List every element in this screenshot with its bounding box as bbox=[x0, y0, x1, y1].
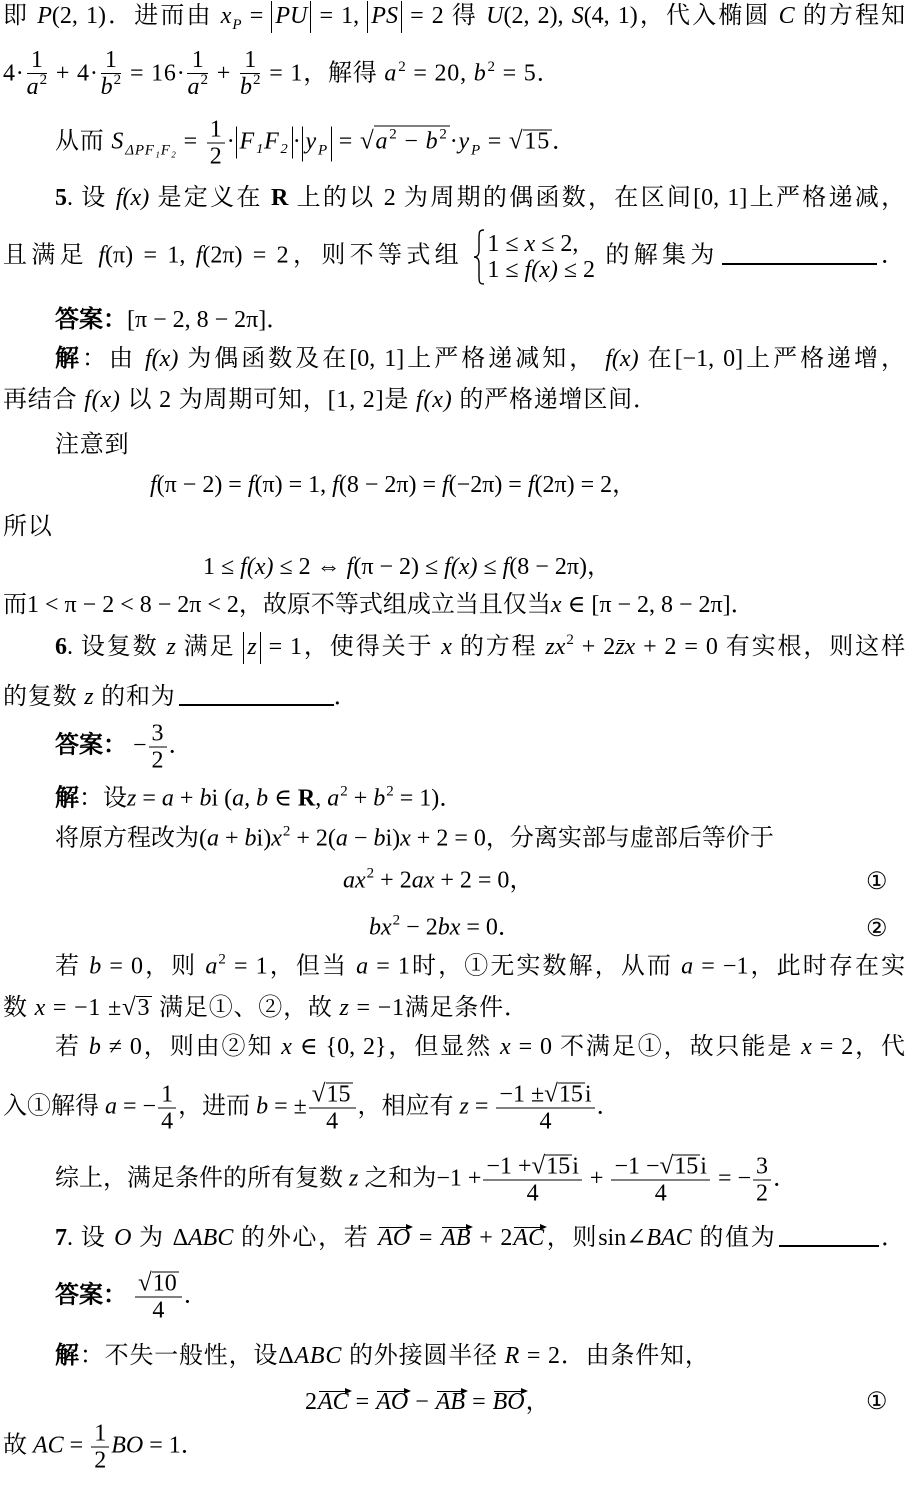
math-var: f bbox=[332, 472, 339, 498]
text: ，则由②知 bbox=[142, 1034, 274, 1060]
function-fx: f(x) bbox=[416, 387, 453, 413]
math-var: x bbox=[221, 3, 232, 29]
math: + 2 bbox=[479, 1225, 512, 1251]
operator: = bbox=[488, 129, 502, 155]
system-rows: 1 ≤ x ≤ 2,1 ≤ f(x) ≤ 2 bbox=[487, 231, 595, 283]
operator: − bbox=[415, 1389, 429, 1415]
math-var: z bbox=[349, 1166, 358, 1192]
math-var: a bbox=[27, 74, 39, 100]
problem7-solution-line-1: 解：不失一般性，设ΔABC 的外接圆半径 R = 2．由条件知， bbox=[55, 1342, 710, 1370]
problem-number: 6 bbox=[55, 634, 67, 660]
text: 的外接圆半径 bbox=[349, 1343, 498, 1369]
answer-blank bbox=[722, 263, 877, 265]
operator: + bbox=[590, 1166, 604, 1192]
solution-label: 解 bbox=[55, 346, 82, 372]
text: ． bbox=[169, 733, 193, 759]
text: 满足 bbox=[184, 634, 236, 660]
math: = 1 bbox=[269, 634, 302, 660]
operator: − bbox=[354, 826, 368, 852]
problem5-answer: 答案：[π − 2, 8 − 2π]． bbox=[55, 306, 290, 334]
text: 不满足①，故只能是 bbox=[560, 1034, 793, 1060]
fraction: √104 bbox=[135, 1272, 182, 1323]
triangle-ABC: ABC bbox=[294, 1343, 342, 1369]
math: (8 − 2π) = bbox=[339, 472, 436, 498]
vector-AC: AC bbox=[317, 1391, 350, 1413]
fraction: −1 ±√15i4 bbox=[496, 1083, 594, 1134]
conjugate-z: z bbox=[615, 636, 624, 658]
function-fx: f(x) bbox=[145, 346, 178, 372]
answer-blank bbox=[779, 1245, 879, 1247]
problem6-solution-line-3: 若 b = 0，则 a2 = 1，但当 a = 1时，①无实数解，从而 a = … bbox=[55, 953, 905, 984]
text: 是 bbox=[384, 387, 409, 413]
interval: [1, 2] bbox=[328, 387, 385, 413]
problem6-solution-line-5: 若 b ≠ 0，则由②知 x ∈ {0, 2}，但显然 x = 0 不满足①，故… bbox=[55, 1033, 905, 1061]
numerator: 3 bbox=[149, 722, 167, 748]
operator: = bbox=[70, 1433, 84, 1459]
triangle-symbol: Δ bbox=[173, 1225, 188, 1251]
text: . bbox=[67, 1225, 73, 1251]
superscript: 2 bbox=[389, 127, 397, 143]
text: 上严格递增， bbox=[743, 346, 905, 372]
operator: = bbox=[475, 1094, 489, 1120]
function-fx: f(x) bbox=[525, 257, 558, 283]
math: 2 bbox=[305, 1389, 317, 1415]
problem6-solution-line-7: 综上，满足条件的所有复数 z 之和为−1 +−1 +√15i4 + −1 −√1… bbox=[55, 1155, 797, 1206]
abs-value: F₁F₂ bbox=[236, 127, 293, 159]
text: ， bbox=[509, 868, 533, 894]
text: 的复数 bbox=[3, 684, 77, 710]
problem5-solution-line-4: 所以 bbox=[3, 513, 53, 541]
operator: + bbox=[180, 786, 194, 812]
problem7-statement-line-1: 7. 设 O 为 ΔABC 的外心，若 AO = AB + 2AC，则sin∠B… bbox=[55, 1224, 905, 1252]
superscript: 2 bbox=[367, 866, 375, 882]
math-var: a, b bbox=[232, 786, 268, 812]
circled-number: ② bbox=[866, 916, 888, 942]
fraction: √154 bbox=[309, 1083, 356, 1134]
text: ，此时存在实 bbox=[748, 954, 905, 980]
math: − 2 bbox=[406, 915, 438, 941]
radical-sign: √ bbox=[138, 1270, 152, 1297]
denominator: 4 bbox=[496, 1109, 594, 1134]
problem-number: 5 bbox=[55, 185, 67, 211]
math-var: ax bbox=[412, 868, 435, 894]
point-O: O bbox=[114, 1225, 131, 1251]
problem6-answer: 答案： −32． bbox=[55, 722, 193, 773]
math-var: f bbox=[150, 472, 157, 498]
problem6-statement-line-1: 6. 设复数 z 满足 z = 1，使得关于 x 的方程 zx2 + 2zx +… bbox=[55, 632, 905, 664]
numerator: 1 bbox=[240, 48, 261, 74]
text: 上严格递减， bbox=[747, 185, 905, 211]
text: ． bbox=[597, 1094, 621, 1120]
math-var: b bbox=[373, 786, 385, 812]
math-var: x bbox=[801, 1034, 812, 1060]
sqrt: √a2 − b2 bbox=[360, 129, 450, 155]
subscript: P bbox=[471, 143, 481, 159]
radical-sign: √ bbox=[312, 1081, 326, 1108]
radical-sign: √ bbox=[660, 1153, 674, 1180]
text: 故 bbox=[3, 1433, 27, 1459]
fraction: 1b2 bbox=[240, 48, 261, 102]
function-fx: f(x) bbox=[444, 554, 477, 580]
answer-blank bbox=[179, 704, 334, 706]
operator: = bbox=[184, 129, 198, 155]
segment-AC: AC bbox=[33, 1433, 64, 1459]
superscript: 2 bbox=[40, 72, 48, 88]
math-var: x bbox=[500, 1034, 511, 1060]
text: ， bbox=[587, 554, 611, 580]
ellipse-C: C bbox=[779, 3, 795, 29]
operator: + bbox=[225, 826, 239, 852]
numerator: −1 −√15i bbox=[611, 1155, 709, 1181]
denominator: a2 bbox=[187, 74, 208, 102]
subscript: P bbox=[318, 143, 328, 159]
vector-AO: AO bbox=[377, 1227, 411, 1249]
problem6-equation-1: ax2 + 2ax + 2 = 0， bbox=[343, 867, 533, 898]
problem5-statement-line-1: 5. 设 f(x) 是定义在 R 上的以 2 为周期的偶函数，在区间[0, 1]… bbox=[55, 184, 905, 212]
sign: − bbox=[133, 733, 147, 759]
math: ≤ 2 ⇔ bbox=[279, 554, 340, 580]
fraction: 1a2 bbox=[187, 48, 208, 102]
subscript: P bbox=[232, 17, 241, 33]
area-S: S bbox=[111, 129, 124, 155]
math-var: x bbox=[271, 826, 282, 852]
solution-label: 解 bbox=[55, 1343, 80, 1369]
numerator: √15 bbox=[309, 1083, 356, 1109]
superscript: 2 bbox=[114, 72, 122, 88]
math-var: b bbox=[426, 129, 439, 155]
math: i) bbox=[257, 826, 272, 852]
coords: (4, 1) bbox=[584, 3, 638, 29]
text: ，但显然 bbox=[387, 1034, 493, 1060]
answer-value: [π − 2, 8 − 2π] bbox=[127, 307, 266, 333]
text: ． bbox=[334, 684, 359, 710]
colon: ： bbox=[103, 733, 127, 759]
text: ，代 bbox=[853, 1034, 905, 1060]
math-var: ax bbox=[343, 868, 366, 894]
inequality-system: 1 ≤ x ≤ 2,1 ≤ f(x) ≤ 2 bbox=[473, 229, 595, 285]
problem5-statement-line-2: 且满足 f(π) = 1, f(2π) = 2，则不等式组 1 ≤ x ≤ 2,… bbox=[3, 229, 905, 285]
math-var: x bbox=[625, 634, 636, 660]
superscript: 2 bbox=[253, 72, 261, 88]
interval: [0, 1] bbox=[693, 185, 747, 211]
text: ，则 bbox=[143, 954, 197, 980]
text: 所以 bbox=[3, 514, 53, 540]
operator: = bbox=[142, 786, 156, 812]
math-var: b bbox=[89, 954, 101, 980]
operator: = bbox=[250, 3, 264, 29]
fraction: 32 bbox=[149, 722, 167, 773]
problem5-solution-line-5: 而1 < π − 2 < 8 − 2π < 2，故原不等式组成立当且仅当x ∈ … bbox=[3, 591, 755, 619]
math: ≤ 2, bbox=[541, 231, 578, 257]
math: ( bbox=[224, 786, 232, 812]
text: ． bbox=[266, 307, 290, 333]
problem5-equation-1: f(π − 2) = f(π) = 1, f(8 − 2π) = f(−2π) … bbox=[150, 471, 636, 499]
text: 的方程 bbox=[460, 634, 538, 660]
text: 的严格递增区间． bbox=[459, 387, 657, 413]
math-var: z bbox=[127, 786, 136, 812]
numerator: 1 bbox=[101, 48, 122, 74]
operator: · bbox=[293, 129, 302, 155]
superscript: 2 bbox=[439, 127, 447, 143]
superscript: 2 bbox=[488, 59, 496, 75]
math: 1 ≤ bbox=[487, 231, 518, 257]
radical-sign: √ bbox=[532, 1153, 546, 1180]
point-P: P bbox=[37, 3, 52, 29]
text: ，使得关于 bbox=[302, 634, 433, 660]
triangle-ABC: ABC bbox=[188, 1225, 233, 1251]
math-var: b bbox=[240, 74, 252, 100]
text: ：由 bbox=[82, 346, 136, 372]
vector-BO: BO bbox=[492, 1391, 526, 1413]
operator: ∈ bbox=[274, 786, 292, 812]
math: = 0 bbox=[466, 915, 498, 941]
math: = 1 bbox=[149, 1433, 181, 1459]
text: ，分离实部与虚部后等价于 bbox=[486, 826, 774, 852]
text: 满足条件． bbox=[405, 995, 529, 1021]
problem6-statement-line-2: 的复数 z 的和为． bbox=[3, 683, 358, 711]
problem5-equation-2: 1 ≤ f(x) ≤ 2 ⇔ f(π − 2) ≤ f(x) ≤ f(8 − 2… bbox=[203, 553, 611, 581]
math: = ± bbox=[274, 1094, 307, 1120]
math-var: x bbox=[525, 231, 536, 257]
text: 且满足 bbox=[3, 243, 88, 269]
imaginary-unit: i bbox=[572, 1154, 579, 1180]
point-S: S bbox=[572, 3, 584, 29]
math: −1 ± bbox=[499, 1082, 544, 1108]
text: ，进而 bbox=[178, 1094, 250, 1120]
math: 1 < π − 2 < 8 − 2π < 2 bbox=[27, 592, 239, 618]
math: 2 bbox=[159, 387, 172, 413]
segment-BO: BO bbox=[111, 1433, 143, 1459]
math: + 2 = 0 bbox=[643, 634, 718, 660]
function-fx: f(x) bbox=[240, 554, 273, 580]
math-var: bx bbox=[438, 915, 461, 941]
system-row-2: 1 ≤ f(x) ≤ 2 bbox=[487, 257, 595, 283]
superscript: 2 bbox=[393, 913, 401, 929]
math-var: f bbox=[248, 472, 255, 498]
problem7-answer: 答案： √104． bbox=[55, 1272, 208, 1323]
denominator: 2 bbox=[753, 1181, 771, 1206]
text: ． bbox=[877, 243, 905, 269]
imaginary-unit: i bbox=[700, 1154, 707, 1180]
radius-R: R bbox=[505, 1343, 520, 1369]
triangle-symbol: Δ bbox=[278, 1343, 294, 1369]
superscript: 2 bbox=[386, 784, 394, 800]
numerator: 1 bbox=[27, 48, 48, 74]
text: ． bbox=[537, 61, 562, 87]
vector-AB: AB bbox=[435, 1391, 466, 1413]
operator: − bbox=[404, 129, 418, 155]
text: 将原方程改为 bbox=[55, 826, 199, 852]
math: = 16· bbox=[130, 61, 186, 87]
math: (π − 2) ≤ bbox=[353, 554, 438, 580]
operator: = bbox=[472, 1389, 486, 1415]
text: 若 bbox=[55, 1034, 81, 1060]
math: + 2 = 0 bbox=[417, 826, 486, 852]
math: = 0 bbox=[109, 954, 143, 980]
numerator: 1 bbox=[91, 1422, 109, 1448]
denominator: a2 bbox=[27, 74, 48, 102]
text: ，则 bbox=[545, 1225, 598, 1251]
text: ，相应有 bbox=[358, 1094, 454, 1120]
math-var: f bbox=[442, 472, 449, 498]
text: 入①解得 bbox=[3, 1094, 99, 1120]
text: ．由条件知， bbox=[561, 1343, 710, 1369]
operator: = bbox=[356, 1389, 370, 1415]
numerator: −1 +√15i bbox=[483, 1155, 581, 1181]
text: 若 bbox=[55, 954, 81, 980]
problem6-equation-2: bx2 − 2bx = 0． bbox=[369, 914, 522, 945]
function-fx: f(x) bbox=[116, 185, 149, 211]
solution-label: 解 bbox=[55, 786, 79, 812]
math-var: a bbox=[162, 786, 174, 812]
text: 为 bbox=[139, 1225, 165, 1251]
text: 之和为 bbox=[364, 1166, 436, 1192]
text: ， bbox=[612, 472, 636, 498]
text: 数 bbox=[3, 995, 28, 1021]
math: (2π) = 2 bbox=[535, 472, 613, 498]
numerator: 1 bbox=[207, 118, 225, 144]
math: 1 ≤ bbox=[203, 554, 234, 580]
fraction: −1 −√15i4 bbox=[611, 1155, 709, 1206]
denominator: 4 bbox=[158, 1109, 176, 1134]
radicand: a2 − b2 bbox=[374, 126, 449, 156]
radical-sign: √ bbox=[509, 128, 524, 155]
math: (π − 2) = bbox=[157, 472, 242, 498]
text: ．进而由 bbox=[106, 3, 213, 29]
sqrt: √15 bbox=[312, 1082, 353, 1108]
problem5-solution-line-2: 再结合 f(x) 以 2 为周期可知，[1, 2]是 f(x) 的严格递增区间． bbox=[3, 386, 658, 414]
fraction: 12 bbox=[91, 1422, 109, 1473]
abs-value: PU bbox=[271, 1, 311, 33]
radicand: 15 bbox=[523, 130, 552, 153]
text: 是定义在 bbox=[158, 185, 263, 211]
math: (π) = 1, bbox=[255, 472, 327, 498]
text: ，代入椭圆 bbox=[638, 3, 771, 29]
sqrt: √10 bbox=[138, 1271, 179, 1297]
text: 的值为 bbox=[699, 1225, 776, 1251]
problem6-solution-line-2: 将原方程改为(a + bi)x2 + 2(a − bi)x + 2 = 0，分离… bbox=[55, 825, 774, 856]
math-var: a bbox=[356, 954, 368, 980]
text: 时，①无实数解，从而 bbox=[410, 954, 673, 980]
vector-AC: AC bbox=[512, 1227, 545, 1249]
text: 以 bbox=[128, 387, 153, 413]
operator: · bbox=[227, 129, 236, 155]
math-var: z bbox=[340, 995, 350, 1021]
equation-tag-1: ① bbox=[866, 868, 888, 896]
text: ：不失一般性，设 bbox=[80, 1343, 278, 1369]
sqrt: √15 bbox=[660, 1154, 701, 1180]
math-var: z bbox=[166, 634, 175, 660]
math: ∈ {0, 2} bbox=[300, 1034, 387, 1060]
text: 的解集为 bbox=[605, 243, 718, 269]
math: + 4· bbox=[56, 61, 99, 87]
text: ，解得 bbox=[303, 61, 377, 87]
radical-sign: √ bbox=[122, 994, 137, 1021]
text: 得 bbox=[452, 3, 478, 29]
superscript: 2 bbox=[283, 824, 291, 840]
radicand: 15 bbox=[545, 1155, 572, 1178]
math-var: a bbox=[384, 61, 397, 87]
text: 有实根，则这样 bbox=[726, 634, 905, 660]
problem7-equation-1: 2AC = AO − AB = BO， bbox=[305, 1388, 550, 1416]
radical-sign: √ bbox=[360, 128, 375, 155]
math-var: b bbox=[373, 826, 385, 852]
text: 满足①、②，故 bbox=[159, 995, 333, 1021]
math: (−2π) = bbox=[449, 472, 522, 498]
math: −1 + bbox=[486, 1154, 531, 1180]
denominator: b2 bbox=[240, 74, 261, 102]
text: ． bbox=[181, 1433, 205, 1459]
sin-angle: sin∠ bbox=[598, 1225, 646, 1251]
text: 的外心，若 bbox=[241, 1225, 369, 1251]
problem7-solution-line-2: 故 AC = 12BO = 1． bbox=[3, 1422, 205, 1473]
fraction: 1a2 bbox=[27, 48, 48, 102]
text: 综上，满足条件的所有复数 bbox=[55, 1166, 343, 1192]
abs-value: PS bbox=[367, 1, 402, 33]
text: ． bbox=[879, 1225, 905, 1251]
math-var: b bbox=[245, 826, 257, 852]
math-var: x bbox=[441, 634, 452, 660]
math: i) bbox=[385, 826, 400, 852]
denominator: 4 bbox=[611, 1181, 709, 1206]
text: 在 bbox=[648, 346, 675, 372]
radicand: 15 bbox=[558, 1083, 585, 1106]
prev-solution-line-1: 即 P(2, 1)．进而由 xP = PU = 1, PS = 2 得 U(2,… bbox=[3, 1, 905, 33]
denominator: 2 bbox=[149, 748, 167, 773]
equation-tag-2: ② bbox=[866, 915, 888, 943]
vector-AO: AO bbox=[375, 1391, 409, 1413]
text: ， bbox=[526, 1389, 550, 1415]
math: + 2( bbox=[296, 826, 336, 852]
text: 为周期可知， bbox=[179, 387, 328, 413]
math: = −1 bbox=[701, 954, 748, 980]
denominator: 2 bbox=[91, 1448, 109, 1473]
text: ，则不等式组 bbox=[289, 243, 463, 269]
math-var: z bbox=[460, 1094, 469, 1120]
function-fx: f(x) bbox=[605, 346, 638, 372]
math: = 1, bbox=[320, 3, 360, 29]
math-var: x bbox=[400, 826, 411, 852]
operator: = bbox=[339, 129, 353, 155]
text: ． bbox=[439, 786, 463, 812]
coords: (2, 2), bbox=[503, 3, 563, 29]
math: 1 ≤ bbox=[487, 257, 518, 283]
text: 而 bbox=[3, 592, 27, 618]
math: = 1) bbox=[400, 786, 440, 812]
sqrt: √15 bbox=[509, 129, 552, 155]
math: −1 − bbox=[614, 1154, 659, 1180]
interval: [−1, 0] bbox=[675, 346, 744, 372]
math-var: a bbox=[375, 129, 388, 155]
math-var: a bbox=[205, 954, 217, 980]
math: = 1 bbox=[269, 61, 303, 87]
operator: = bbox=[419, 1225, 433, 1251]
text: ，但当 bbox=[268, 954, 348, 980]
text: 为周期的偶函数，在区间 bbox=[404, 185, 693, 211]
math-var: a bbox=[187, 74, 199, 100]
math-var: b bbox=[474, 61, 487, 87]
subscript: ΔPF₁F₂ bbox=[125, 143, 177, 159]
superscript: 2 bbox=[566, 632, 574, 648]
answer-label: 答案 bbox=[55, 1283, 103, 1309]
numerator: 1 bbox=[187, 48, 208, 74]
numerator: 3 bbox=[753, 1155, 771, 1181]
math: = − bbox=[123, 1094, 156, 1120]
sqrt: √3 bbox=[122, 995, 152, 1021]
superscript: 2 bbox=[218, 952, 226, 968]
math: ≠ 0 bbox=[109, 1034, 142, 1060]
angle-BAC: BAC bbox=[646, 1225, 691, 1251]
